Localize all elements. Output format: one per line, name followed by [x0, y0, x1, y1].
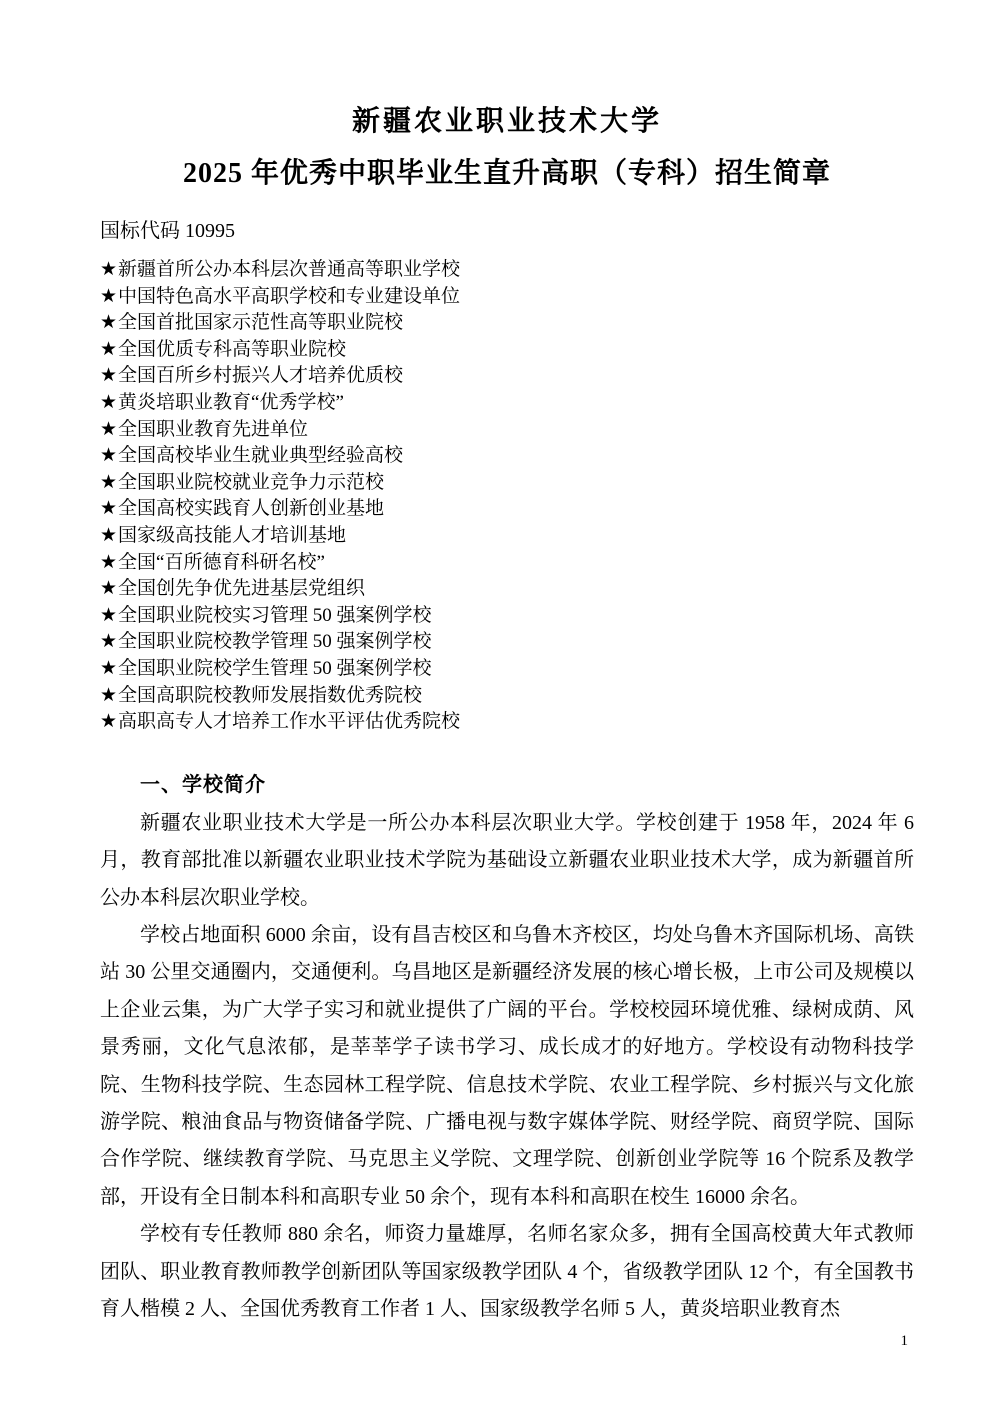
- honor-item: ★全国职业院校学生管理 50 强案例学校: [100, 656, 914, 683]
- honor-label: 全国百所乡村振兴人才培养优质校: [118, 365, 403, 386]
- honor-label: 全国优质专科高等职业院校: [118, 339, 346, 360]
- star-icon: ★: [100, 578, 117, 599]
- honor-label: 全国首批国家示范性高等职业院校: [118, 312, 403, 333]
- honor-item: ★全国优质专科高等职业院校: [100, 337, 914, 364]
- honor-item: ★黄炎培职业教育“优秀学校”: [100, 390, 914, 417]
- honor-label: 全国“百所德育科研名校”: [118, 552, 325, 573]
- honor-item: ★全国职业院校教学管理 50 强案例学校: [100, 629, 914, 656]
- section-body: 新疆农业职业技术大学是一所公办本科层次职业大学。学校创建于 1958 年，202…: [100, 805, 914, 1329]
- honor-label: 黄炎培职业教育“优秀学校”: [118, 392, 344, 413]
- star-icon: ★: [100, 525, 117, 546]
- honor-label: 全国职业教育先进单位: [118, 419, 308, 440]
- honor-item: ★国家级高技能人才培训基地: [100, 523, 914, 550]
- star-icon: ★: [100, 286, 117, 307]
- honor-item: ★全国百所乡村振兴人才培养优质校: [100, 363, 914, 390]
- star-icon: ★: [100, 445, 117, 466]
- star-icon: ★: [100, 392, 117, 413]
- star-icon: ★: [100, 365, 117, 386]
- honors-list: ★新疆首所公办本科层次普通高等职业学校★中国特色高水平高职学校和专业建设单位★全…: [100, 257, 914, 736]
- star-icon: ★: [100, 312, 117, 333]
- honor-item: ★中国特色高水平高职学校和专业建设单位: [100, 284, 914, 311]
- star-icon: ★: [100, 711, 117, 732]
- honor-label: 全国高校实践育人创新创业基地: [118, 498, 384, 519]
- honor-item: ★新疆首所公办本科层次普通高等职业学校: [100, 257, 914, 284]
- honor-item: ★全国首批国家示范性高等职业院校: [100, 310, 914, 337]
- honor-item: ★全国创先争优先进基层党组织: [100, 576, 914, 603]
- star-icon: ★: [100, 259, 117, 280]
- honor-item: ★全国职业教育先进单位: [100, 417, 914, 444]
- paragraph: 学校有专任教师 880 余名，师资力量雄厚，名师名家众多，拥有全国高校黄大年式教…: [100, 1216, 914, 1328]
- star-icon: ★: [100, 472, 117, 493]
- honor-label: 全国职业院校教学管理 50 强案例学校: [118, 631, 432, 652]
- honor-item: ★全国“百所德育科研名校”: [100, 550, 914, 577]
- doc-subtitle: 2025 年优秀中职毕业生直升高职（专科）招生简章: [100, 155, 914, 193]
- star-icon: ★: [100, 498, 117, 519]
- star-icon: ★: [100, 605, 117, 626]
- star-icon: ★: [100, 339, 117, 360]
- honor-label: 全国职业院校就业竞争力示范校: [118, 472, 384, 493]
- doc-title: 新疆农业职业技术大学: [100, 104, 914, 140]
- honor-item: ★高职高专人才培养工作水平评估优秀院校: [100, 709, 914, 736]
- star-icon: ★: [100, 658, 117, 679]
- honor-label: 全国高校毕业生就业典型经验高校: [118, 445, 403, 466]
- honor-label: 新疆首所公办本科层次普通高等职业学校: [118, 259, 460, 280]
- honor-label: 高职高专人才培养工作水平评估优秀院校: [118, 711, 460, 732]
- star-icon: ★: [100, 685, 117, 706]
- honor-label: 全国高职院校教师发展指数优秀院校: [118, 685, 422, 706]
- honor-label: 中国特色高水平高职学校和专业建设单位: [118, 286, 460, 307]
- star-icon: ★: [100, 552, 117, 573]
- honor-label: 全国职业院校实习管理 50 强案例学校: [118, 605, 432, 626]
- honor-item: ★全国职业院校就业竞争力示范校: [100, 470, 914, 497]
- honor-item: ★全国职业院校实习管理 50 强案例学校: [100, 603, 914, 630]
- national-code: 国标代码 10995: [100, 218, 914, 244]
- honor-item: ★全国高职院校教师发展指数优秀院校: [100, 683, 914, 710]
- honor-label: 全国创先争优先进基层党组织: [118, 578, 365, 599]
- star-icon: ★: [100, 419, 117, 440]
- paragraph: 新疆农业职业技术大学是一所公办本科层次职业大学。学校创建于 1958 年，202…: [100, 805, 914, 917]
- honor-label: 全国职业院校学生管理 50 强案例学校: [118, 658, 432, 679]
- honor-item: ★全国高校毕业生就业典型经验高校: [100, 443, 914, 470]
- honor-item: ★全国高校实践育人创新创业基地: [100, 496, 914, 523]
- paragraph: 学校占地面积 6000 余亩，设有昌吉校区和乌鲁木齐校区，均处乌鲁木齐国际机场、…: [100, 917, 914, 1216]
- section-heading: 一、学校简介: [140, 772, 914, 798]
- document-page: 新疆农业职业技术大学 2025 年优秀中职毕业生直升高职（专科）招生简章 国标代…: [0, 0, 1007, 1428]
- honor-label: 国家级高技能人才培训基地: [118, 525, 346, 546]
- star-icon: ★: [100, 631, 117, 652]
- page-number: 1: [901, 1332, 909, 1350]
